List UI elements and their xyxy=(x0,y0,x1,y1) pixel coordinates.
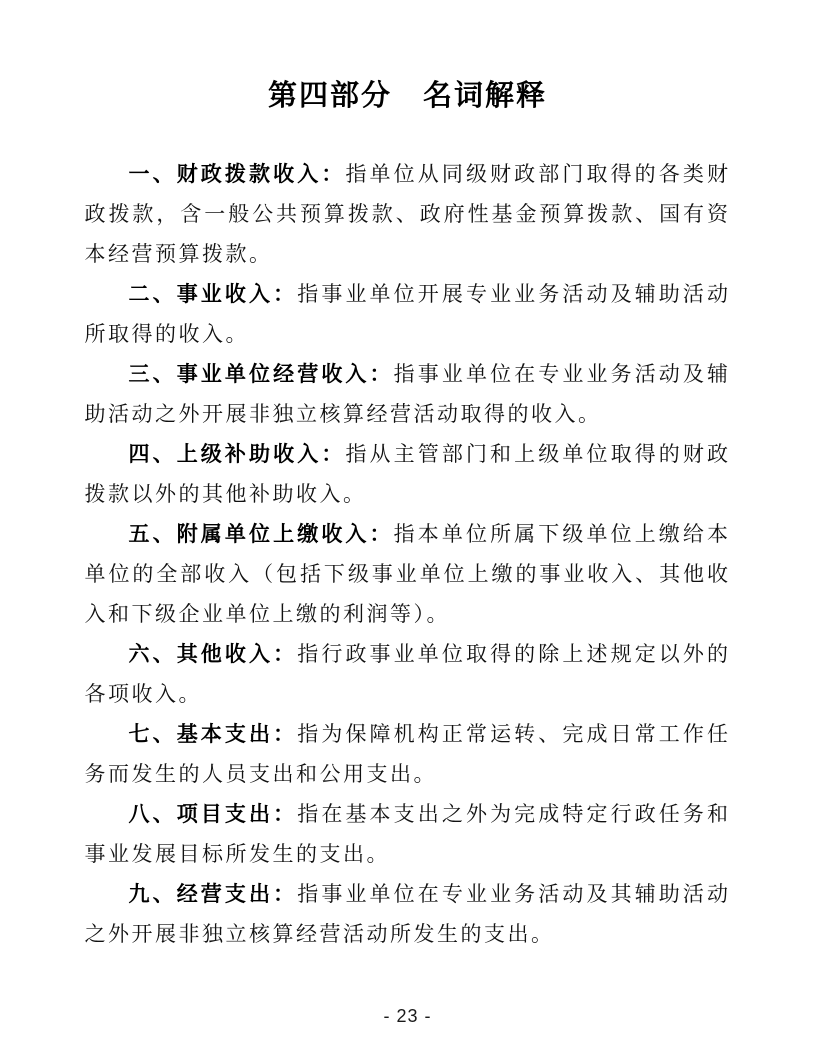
term-label: 五、附属单位上缴收入： xyxy=(129,522,394,546)
definition-paragraph: 一、财政拨款收入：指单位从同级财政部门取得的各类财政拨款，含一般公共预算拨款、政… xyxy=(85,154,731,274)
term-label: 一、财政拨款收入： xyxy=(129,162,346,186)
definition-paragraph: 六、其他收入：指行政事业单位取得的除上述规定以外的各项收入。 xyxy=(85,634,731,714)
document-page: 第四部分 名词解释 一、财政拨款收入：指单位从同级财政部门取得的各类财政拨款，含… xyxy=(0,0,815,1055)
term-label: 三、事业单位经营收入： xyxy=(129,362,394,386)
definition-paragraph: 三、事业单位经营收入：指事业单位在专业业务活动及辅助活动之外开展非独立核算经营活… xyxy=(85,354,731,434)
definition-paragraph: 九、经营支出：指事业单位在专业业务活动及其辅助活动之外开展非独立核算经营活动所发… xyxy=(85,874,731,954)
term-label: 二、事业收入： xyxy=(129,282,298,306)
term-label: 八、项目支出： xyxy=(129,802,298,826)
term-label: 四、上级补助收入： xyxy=(129,442,346,466)
page-number: - 23 - xyxy=(0,1006,815,1027)
definition-paragraph: 七、基本支出：指为保障机构正常运转、完成日常工作任务而发生的人员支出和公用支出。 xyxy=(85,714,731,794)
definition-paragraph: 五、附属单位上缴收入：指本单位所属下级单位上缴给本单位的全部收入（包括下级事业单… xyxy=(85,514,731,634)
definition-paragraph: 二、事业收入：指事业单位开展专业业务活动及辅助活动所取得的收入。 xyxy=(85,274,731,354)
term-label: 七、基本支出： xyxy=(129,722,298,746)
definition-paragraph: 四、上级补助收入：指从主管部门和上级单位取得的财政拨款以外的其他补助收入。 xyxy=(85,434,731,514)
term-label: 六、其他收入： xyxy=(129,642,298,666)
definition-paragraph: 八、项目支出：指在基本支出之外为完成特定行政任务和事业发展目标所发生的支出。 xyxy=(85,794,731,874)
page-title: 第四部分 名词解释 xyxy=(0,0,815,114)
definitions-section: 一、财政拨款收入：指单位从同级财政部门取得的各类财政拨款，含一般公共预算拨款、政… xyxy=(85,154,731,954)
term-label: 九、经营支出： xyxy=(129,882,298,906)
